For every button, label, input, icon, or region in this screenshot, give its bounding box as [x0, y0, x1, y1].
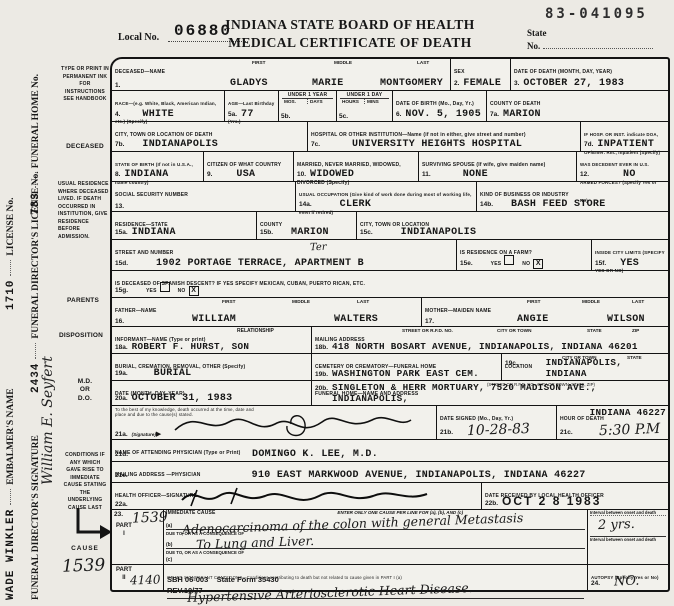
- spanish-no-checkbox: X: [189, 286, 199, 296]
- embalmer-license-number: 1710LICENSE No.: [2, 60, 20, 310]
- cause-line-c: (c): [166, 555, 585, 563]
- father-name-field: FATHER—NAME FIRST MIDDLE LAST 16. WILLIA…: [112, 298, 422, 326]
- local-no-label: Local No.: [118, 32, 159, 43]
- cause-a-interval-handwritten: 2 yrs.: [598, 516, 666, 533]
- deceased-last-name: MONTGOMERY: [380, 78, 443, 89]
- certifier-signature-field: To the best of my knowledge, death occur…: [112, 406, 437, 439]
- informant-address-field: MAILING ADDRESS STREET OR R.F.D. NO. CIT…: [312, 327, 668, 353]
- section-label-parents: PARENTS: [58, 296, 108, 306]
- sex-field: SEX 2.FEMALE: [451, 59, 511, 90]
- funeral-director-signature: William E. Seyfert: [40, 295, 56, 485]
- type-or-print-note: TYPE OR PRINT IN PERMANENT INK FOR INSTR…: [60, 66, 110, 104]
- row-ssn-occupation: SOCIAL SECURITY NUMBER 13. USUAL OCCUPAT…: [112, 182, 668, 212]
- residence-city-field: CITY, TOWN OR LOCATION 15c.INDIANAPOLIS: [357, 212, 668, 239]
- signature-arrow-icon: ▶: [156, 430, 161, 438]
- row-street-farm: STREET AND NUMBER Ter 15d.1902 PORTAGE T…: [112, 240, 668, 271]
- title-line-2: MEDICAL CERTIFICATE OF DEATH: [225, 34, 475, 52]
- informant-field: INFORMANT—NAME (Type or print) RELATIONS…: [112, 327, 312, 353]
- citizen-field: CITIZEN OF WHAT COUNTRY 9.USA: [204, 152, 294, 181]
- row-name-sex-dod: DECEASED—NAME FIRST MIDDLE LAST 1. GLADY…: [112, 59, 668, 91]
- hospital-field: HOSPITAL OR OTHER INSTITUTION—Name (if n…: [308, 122, 581, 151]
- street-field: STREET AND NUMBER Ter 15d.1902 PORTAGE T…: [112, 240, 457, 270]
- marital-status-field: MARRIED, NEVER MARRIED, WIDOWED, DIVORCE…: [294, 152, 419, 181]
- funeral-home-address-continuation: INDIANA 46227: [590, 407, 666, 418]
- spanish-descent-field: IS DECEASED OF SPANISH DESCENT? IF YES S…: [112, 271, 668, 297]
- row-cause-part1: 23. PART I 1539 IMMEDIATE CAUSE ENTER ON…: [112, 510, 668, 565]
- cause-a-code-handwritten: 1539: [132, 509, 168, 526]
- state-no-label: State No.: [527, 28, 653, 52]
- state-file-number-stamp: 83-041095: [545, 6, 648, 22]
- section-label-md-do: M.D. OR D.O.: [60, 378, 110, 403]
- street-handwritten-annotation: Ter: [310, 242, 327, 254]
- city-limits-field: INSIDE CITY LIMITS (SPECIFY YES OR NO) 1…: [592, 240, 668, 270]
- row-health-officer: HEALTH OFFICER—SIGNATURE 22a. DATE RECEI…: [112, 483, 668, 510]
- cause-line-a: (a) Adenocarcinoma of the colon with gen…: [166, 516, 585, 530]
- row-spanish-descent: IS DECEASED OF SPANISH DESCENT? IF YES S…: [112, 271, 668, 298]
- title-line-1: INDIANA STATE BOARD OF HEALTH: [225, 16, 475, 34]
- physician-address-field: MAILING ADDRESS —PHYSICIAN 21e.910 EAST …: [112, 462, 668, 482]
- father-last-name: WALTERS: [334, 314, 378, 325]
- state-no-blank: [543, 39, 653, 49]
- date-received-field: DATE RECEIVED BY LOCAL HEALTH OFFICER 22…: [482, 483, 668, 509]
- deceased-first-name: GLADYS: [230, 78, 268, 89]
- part2-label-cell: PART II 4140: [112, 565, 164, 590]
- row-certification: To the best of my knowledge, death occur…: [112, 406, 668, 440]
- part2-code-handwritten: 4140: [130, 572, 161, 587]
- row-place-of-death: CITY, TOWN OR LOCATION OF DEATH 7b.INDIA…: [112, 122, 668, 152]
- occupation-field: USUAL OCCUPATION (Give kind of work done…: [296, 182, 477, 211]
- burial-date-field: DATE (MONTH, DAY, YEAR) 20a.OCTOBER 31, …: [112, 381, 312, 405]
- section-label-cause: CAUSE: [60, 544, 110, 554]
- farm-yes-checkbox: [504, 255, 514, 265]
- row-residence: RESIDENCE—STATE 15a.INDIANA COUNTY 15b.M…: [112, 212, 668, 240]
- surviving-spouse-field: SURVIVING SPOUSE (If wife, give maiden n…: [419, 152, 577, 181]
- residence-county-field: COUNTY 15b.MARION: [257, 212, 357, 239]
- conditions-arrow-icon: [68, 508, 114, 542]
- health-officer-signature-field: HEALTH OFFICER—SIGNATURE 22a.: [112, 483, 482, 509]
- ssn-field: SOCIAL SECURITY NUMBER 13.: [112, 182, 296, 211]
- row-burial-date-funeral-home: DATE (MONTH, DAY, YEAR) 20a.OCTOBER 31, …: [112, 381, 668, 406]
- father-first-name: WILLIAM: [192, 314, 236, 325]
- funeral-home-field: FUNERAL HOME—NAME AND ADDRESS (STREET OR…: [312, 381, 668, 405]
- physician-signature: [167, 408, 417, 438]
- certificate-form: DECEASED—NAME FIRST MIDDLE LAST 1. GLADY…: [110, 57, 670, 592]
- attending-physician-field: NAME OF ATTENDING PHYSICIAN (Type or Pri…: [112, 440, 668, 461]
- section-label-disposition: DISPOSITION: [52, 331, 110, 341]
- row-race-age-dob: RACE—(e.g. White, Black, American Indian…: [112, 91, 668, 122]
- row-birth-citizen-marital: STATE OF BIRTH (If not in U.S.A., name c…: [112, 152, 668, 182]
- form-code: SBH 06-003: [167, 575, 208, 584]
- date-of-death-field: DATE OF DEATH (MONTH, DAY, YEAR) 3.OCTOB…: [511, 59, 668, 90]
- cause-code-margin-handwritten: 1539: [62, 555, 106, 576]
- armed-forces-field: WAS DECEDENT EVER IN U.S. ARMED FORCES? …: [577, 152, 668, 181]
- autopsy-field: AUTOPSY (Specify Yes or No) 24.NO.: [588, 565, 668, 590]
- state-of-birth-field: STATE OF BIRTH (If not in U.S.A., name c…: [112, 152, 204, 181]
- form-name: State Form 35430: [217, 575, 279, 584]
- embalmer-name: WADE WINKLEREMBALMER'S NAME: [2, 322, 20, 600]
- farm-no-checkbox: X: [533, 259, 543, 269]
- deceased-middle-name: MARIE: [312, 78, 344, 89]
- under-1-day-field: UNDER 1 DAY HOURS MINS 5c.: [337, 91, 393, 121]
- date-received-stamp: OCT 2 8 1983: [502, 494, 601, 508]
- county-of-death-field: COUNTY OF DEATH 7a.MARION: [487, 91, 668, 121]
- row-attending-physician: NAME OF ATTENDING PHYSICIAN (Type or Pri…: [112, 440, 668, 462]
- section-label-deceased: DECEASED: [60, 142, 110, 152]
- health-officer-signature: [177, 484, 447, 508]
- row-parents: FATHER—NAME FIRST MIDDLE LAST 16. WILLIA…: [112, 298, 668, 327]
- mother-first-name: ANGIE: [517, 314, 549, 325]
- form-footer: SBH 06-003 State Form 35430 REV.10/77: [167, 574, 279, 597]
- row-disposition: BURIAL, CREMATION, REMOVAL, OTHER (Speci…: [112, 354, 668, 381]
- hour-of-death-field: HOUR OF DEATH INDIANA 46227 21c.5:30 P.M: [557, 406, 668, 439]
- row-physician-address: MAILING ADDRESS —PHYSICIAN 21e.910 EAST …: [112, 462, 668, 483]
- industry-field: KIND OF BUSINESS OR INDUSTRY 14b.BASH FE…: [477, 182, 668, 211]
- cemetery-field: CEMETERY OR CREMATORY—FUNERAL HOME 19b.W…: [312, 354, 502, 380]
- mother-last-name: WILSON: [607, 314, 645, 325]
- spanish-yes-checkbox: [160, 282, 170, 292]
- cause-lines-cell: IMMEDIATE CAUSE ENTER ONLY ONE CAUSE PER…: [164, 510, 588, 564]
- mother-name-field: MOTHER—MAIDEN NAME FIRST MIDDLE LAST 17.…: [422, 298, 668, 326]
- under-1-year-field: UNDER 1 YEAR MOS. DAYS 5b.: [279, 91, 337, 121]
- part1-label-cell: 23. PART I 1539: [112, 510, 164, 564]
- date-signed-field: DATE SIGNED (Mo., Day, Yr.) 21b.10-28-83: [437, 406, 557, 439]
- farm-field: IS RESIDENCE ON A FARM? 15e. YES NO X: [457, 240, 592, 270]
- hospital-status-field: IF HOSP. OR INST. indicate DOA, OP/Emer.…: [581, 122, 668, 151]
- certificate-header: Local No. 06880 INDIANA STATE BOARD OF H…: [0, 0, 674, 57]
- date-of-birth-field: DATE OF BIRTH (Mo., Day, Yr.) 6.NOV. 5, …: [393, 91, 487, 121]
- form-revision: REV.10/77: [167, 585, 279, 596]
- usual-residence-note: USUAL RESIDENCE WHERE DECEASED LIVED. IF…: [58, 181, 112, 241]
- deceased-name-field: DECEASED—NAME FIRST MIDDLE LAST 1. GLADY…: [112, 59, 451, 90]
- cemetery-location-field: LOCATION CITY OR TOWN STATE 19c.INDIANAP…: [502, 354, 668, 380]
- interval-column: Interval between onset and death 2 yrs. …: [588, 510, 668, 564]
- city-of-death-field: CITY, TOWN OR LOCATION OF DEATH 7b.INDIA…: [112, 122, 308, 151]
- race-field: RACE—(e.g. White, Black, American Indian…: [112, 91, 225, 121]
- burial-field: BURIAL, CREMATION, REMOVAL, OTHER (Speci…: [112, 354, 312, 380]
- age-field: AGE—Last Birthday (Yrs.) 5a.77: [225, 91, 279, 121]
- conditions-note: CONDITIONS IF ANY WHICH GAVE RISE TO IMM…: [62, 452, 108, 512]
- cause-line-b: (b) To Lung and Liver.: [166, 536, 585, 549]
- row-informant: INFORMANT—NAME (Type or print) RELATIONS…: [112, 327, 668, 354]
- autopsy-value-handwritten: NO.: [614, 574, 640, 590]
- certificate-title: INDIANA STATE BOARD OF HEALTH MEDICAL CE…: [225, 16, 475, 52]
- residence-state-field: RESIDENCE—STATE 15a.INDIANA: [112, 212, 257, 239]
